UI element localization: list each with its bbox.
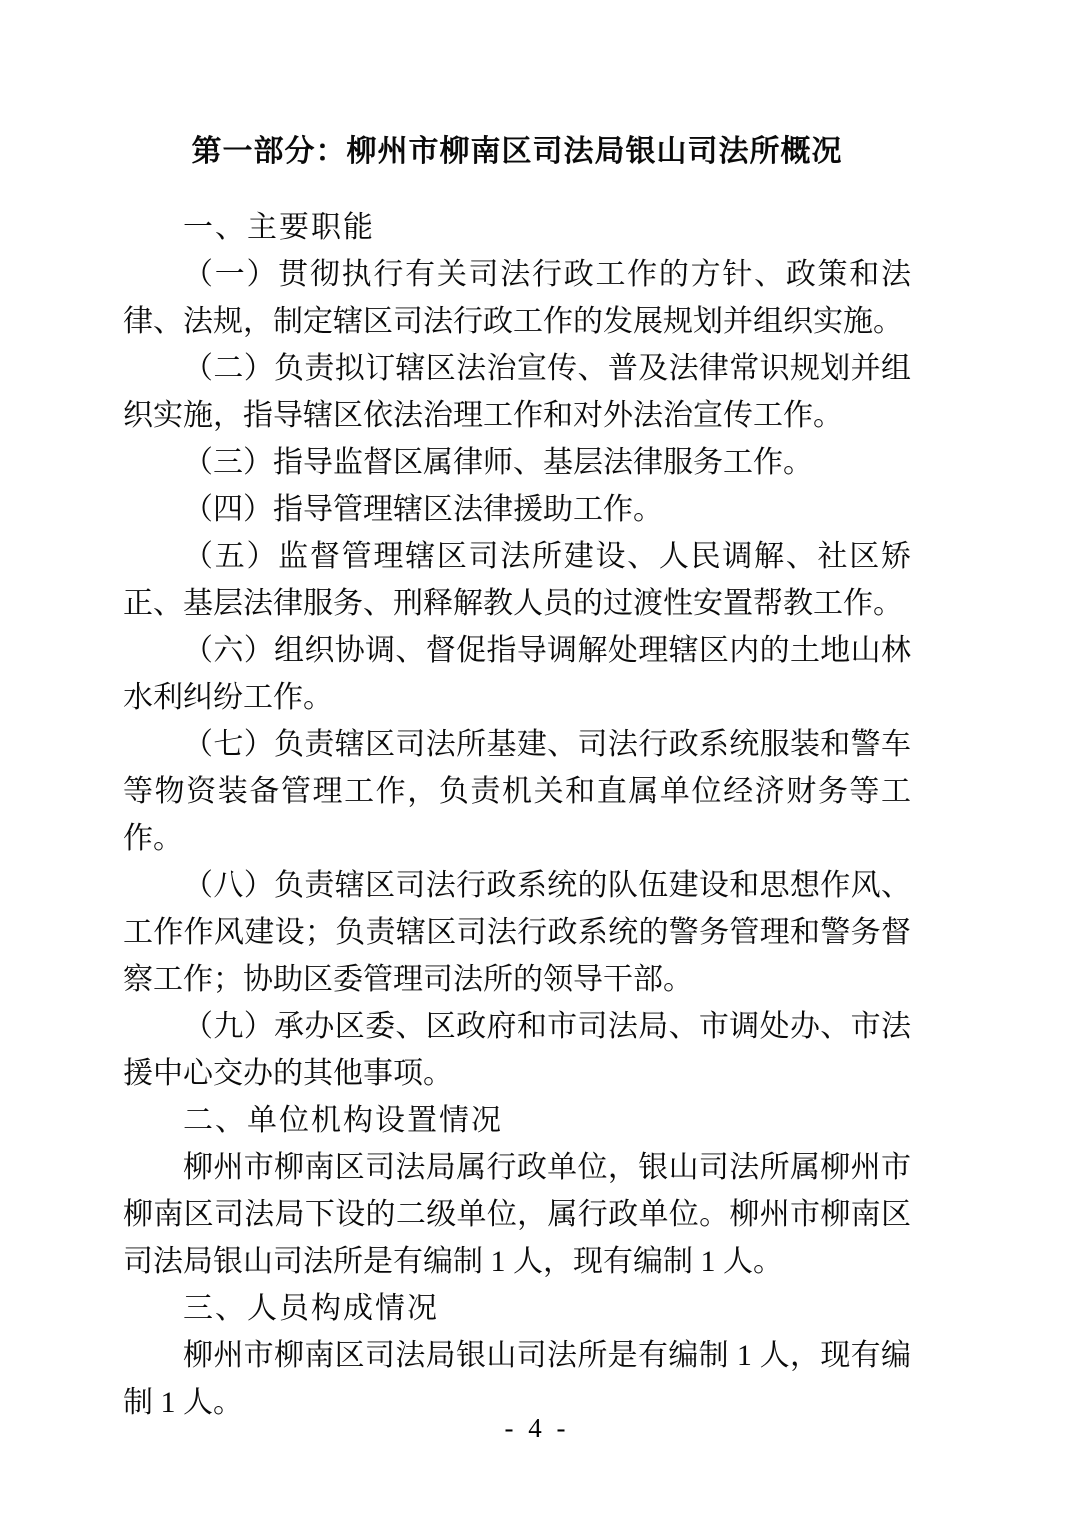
body-paragraph: （五）监督管理辖区司法所建设、人民调解、社区矫正、基层法律服务、刑释解教人员的过… [123,533,911,627]
body-paragraph: （六）组织协调、督促指导调解处理辖区内的土地山林水利纠纷工作。 [123,627,911,721]
section-heading-personnel-composition: 三、人员构成情况 [123,1285,911,1332]
page-number: - 4 - [0,1408,1074,1448]
body-paragraph: 柳州市柳南区司法局属行政单位，银山司法所属柳州市柳南区司法局下设的二级单位，属行… [123,1144,911,1285]
body-paragraph: （二）负责拟订辖区法治宣传、普及法律常识规划并组织实施，指导辖区依法治理工作和对… [123,345,911,439]
body-paragraph: （八）负责辖区司法行政系统的队伍建设和思想作风、工作作风建设；负责辖区司法行政系… [123,862,911,1003]
section-heading-organization-setup: 二、单位机构设置情况 [123,1097,911,1144]
document-content: 第一部分：柳州市柳南区司法局银山司法所概况 一、主要职能 （一）贯彻执行有关司法… [123,126,911,1426]
body-paragraph: （一）贯彻执行有关司法行政工作的方针、政策和法律、法规，制定辖区司法行政工作的发… [123,251,911,345]
body-paragraph: （七）负责辖区司法所基建、司法行政系统服装和警车等物资装备管理工作，负责机关和直… [123,721,911,862]
body-paragraph: （九）承办区委、区政府和市司法局、市调处办、市法援中心交办的其他事项。 [123,1003,911,1097]
section-heading-main-functions: 一、主要职能 [123,204,911,251]
document-page: 第一部分：柳州市柳南区司法局银山司法所概况 一、主要职能 （一）贯彻执行有关司法… [0,0,1074,1520]
document-title: 第一部分：柳州市柳南区司法局银山司法所概况 [123,126,911,178]
body-paragraph: （三）指导监督区属律师、基层法律服务工作。 [123,439,911,486]
body-paragraph: （四）指导管理辖区法律援助工作。 [123,486,911,533]
